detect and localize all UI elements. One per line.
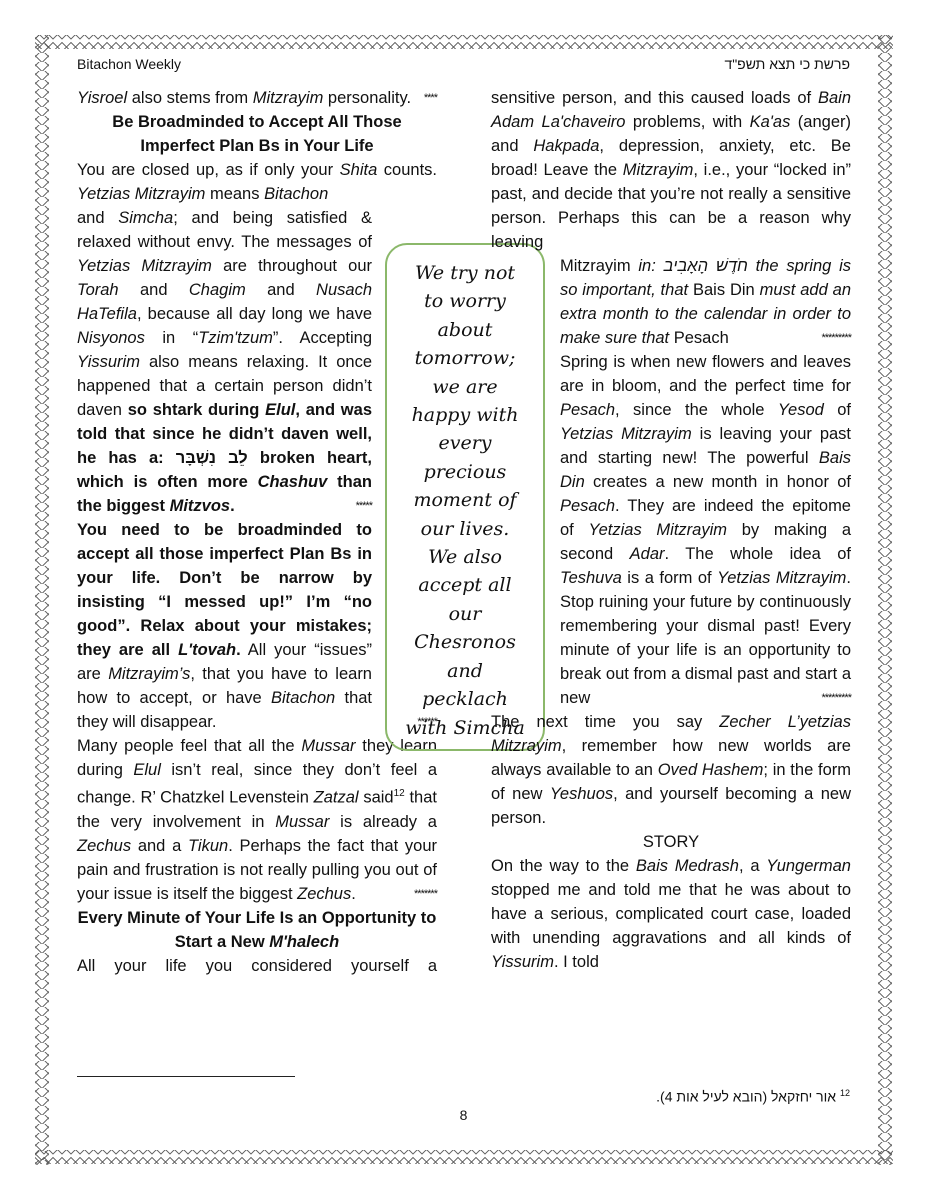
header-parsha-title: פרשת כי תצא תשפ"ד <box>724 56 850 72</box>
italic-term: Yetzias Mitzrayim <box>717 569 846 587</box>
paragraph: Mitzrayim in: חֹדֶשׁ הָאָבִיב the spring… <box>560 254 851 350</box>
footnote: 12 אור יחזקאל (הובא לעיל אות 4). <box>656 1088 850 1105</box>
italic-term: Yeshuos <box>550 785 613 803</box>
text: ”. Accepting <box>273 329 372 347</box>
text: and a <box>131 837 188 855</box>
story-heading: STORY <box>491 830 851 854</box>
text: means <box>205 185 264 203</box>
footnote-text: אור יחזקאל (הובא לעיל אות 4). <box>656 1089 836 1105</box>
italic-term: Yetzias Mitzrayim <box>77 185 205 203</box>
text: personality. <box>323 89 411 107</box>
italic-term: Zatzal <box>314 789 359 807</box>
footnote-reference[interactable]: 12 <box>394 788 405 799</box>
page-number: 8 <box>0 1107 927 1123</box>
italic-term: Yissurim <box>77 353 140 371</box>
text: The next time you say <box>491 713 719 731</box>
italic-term: Hakpada <box>533 137 599 155</box>
paragraph: Spring is when new flowers and leaves ar… <box>560 350 851 710</box>
text: , because all day long we have <box>137 305 372 323</box>
italic-term: Bais Medrash <box>636 857 739 875</box>
italic-term: Adar <box>630 545 665 563</box>
bold-text: . <box>230 497 235 515</box>
text: is a form of <box>622 569 717 587</box>
section-heading: Every Minute of Your Life Is an Opportun… <box>77 906 437 954</box>
italic-term: Yisroel <box>77 89 127 107</box>
italic-term: Mitzvos <box>170 497 231 515</box>
text: also stems from <box>127 89 253 107</box>
italic-term: Mitzrayim <box>623 161 694 179</box>
text: Bais Din <box>693 281 755 299</box>
italic-term: Shita <box>340 161 378 179</box>
section-heading: Be Broadminded to Accept All Those Imper… <box>77 110 437 158</box>
italic-term: Yesod <box>778 401 824 419</box>
text: sensitive person, and this caused loads … <box>491 89 818 107</box>
text: problems, with <box>625 113 749 131</box>
text: . The whole idea of <box>665 545 852 563</box>
italic-term: Pesach <box>560 497 615 515</box>
section-divider-stars: ******* <box>414 882 437 906</box>
decorative-border-right <box>878 35 892 1165</box>
italic-term: Elul <box>265 401 295 419</box>
paragraph: On the way to the Bais Medrash, a Yunger… <box>491 854 851 974</box>
text: Many people feel that all the <box>77 737 301 755</box>
italic-term: Bitachon <box>264 185 328 203</box>
text: and <box>246 281 316 299</box>
text: and <box>77 209 118 227</box>
italic-term: Teshuva <box>560 569 622 587</box>
right-column: sensitive person, and this caused loads … <box>491 86 851 974</box>
decorative-border-bottom <box>35 1150 893 1164</box>
paragraph: You are closed up, as if only your Shita… <box>77 158 437 734</box>
italic-term: Tikun <box>188 837 228 855</box>
italic-term: Oved Hashem <box>658 761 764 779</box>
bold-text: so shtark during <box>128 401 265 419</box>
italic-term: Zechus <box>297 885 351 903</box>
paragraph: sensitive person, and this caused loads … <box>491 86 851 254</box>
decorative-border-left <box>35 35 49 1165</box>
section-divider-stars: ***** <box>356 494 372 518</box>
section-divider-stars: **** <box>424 86 437 110</box>
italic-term: L'tovah <box>178 641 236 659</box>
paragraph: The next time you say Zecher L’yetzias M… <box>491 710 851 830</box>
italic-term: Mussar <box>301 737 355 755</box>
text: said <box>359 789 394 807</box>
text: . <box>351 885 356 903</box>
italic-term: Chashuv <box>258 473 328 491</box>
italic-term: Yetzias Mitzrayim <box>589 521 728 539</box>
left-column: Yisroel also stems from Mitzrayim person… <box>77 86 437 978</box>
text: and <box>119 281 189 299</box>
paragraph: Yisroel also stems from Mitzrayim person… <box>77 86 437 110</box>
italic-term: M'halech <box>269 933 339 951</box>
footnote-separator <box>77 1076 295 1077</box>
italic-term: Torah <box>77 281 119 299</box>
text: . I told <box>554 953 599 971</box>
italic-term: Yetzias Mitzrayim <box>560 425 692 443</box>
text: , since the whole <box>615 401 778 419</box>
italic-term: Zechus <box>77 837 131 855</box>
text: Spring is when new flowers and leaves ar… <box>560 353 851 395</box>
text: You are closed up, as if only your <box>77 161 340 179</box>
italic-term: Pesach <box>560 401 615 419</box>
text: are throughout our <box>212 257 372 275</box>
text: is already a <box>329 813 437 831</box>
italic-term: Tzim'tzum <box>198 329 273 347</box>
italic-term: Ka'as <box>750 113 791 131</box>
italic-term: Yetzias Mitzrayim <box>77 257 212 275</box>
wrapped-text-block: Mitzrayim in: חֹדֶשׁ הָאָבִיב the spring… <box>560 254 851 710</box>
paragraph: dismal past and start a new M'halech ***… <box>491 686 851 710</box>
italic-term: Yissurim <box>491 953 554 971</box>
text: creates a new month in honor of <box>585 473 851 491</box>
italic-term: Nisyonos <box>77 329 145 347</box>
italic-term: Simcha <box>118 209 173 227</box>
italic-term: Yungerman <box>766 857 851 875</box>
italic-term: Chagim <box>189 281 246 299</box>
footnote-number: 12 <box>840 1088 850 1098</box>
paragraph: Many people feel that all the Mussar the… <box>77 734 437 906</box>
text: , a <box>739 857 766 875</box>
section-divider-stars: ********* <box>821 326 851 350</box>
italic-term: Bitachon <box>271 689 335 707</box>
text: in “ <box>145 329 198 347</box>
italic-term: Mitzrayim <box>253 89 324 107</box>
text: counts. <box>377 161 437 179</box>
text: of <box>824 401 851 419</box>
text: Mitzrayim <box>560 257 631 275</box>
heading-text: Every Minute of Your Life Is an Opportun… <box>78 909 437 951</box>
text: On the way to the <box>491 857 636 875</box>
italic-term: Elul <box>133 761 161 779</box>
italic-term: Mitzrayim’s <box>108 665 190 683</box>
decorative-border-top <box>35 35 893 49</box>
bold-text: You need to be broadminded to accept all… <box>77 521 372 659</box>
text: Pesach <box>674 329 729 347</box>
text: stopped me and told me that he was about… <box>491 881 851 947</box>
paragraph: All your life you considered yourself a <box>77 954 437 978</box>
section-divider-stars: ********* <box>821 686 851 710</box>
header-publication-title: Bitachon Weekly <box>77 56 181 72</box>
italic-term: Mussar <box>275 813 329 831</box>
